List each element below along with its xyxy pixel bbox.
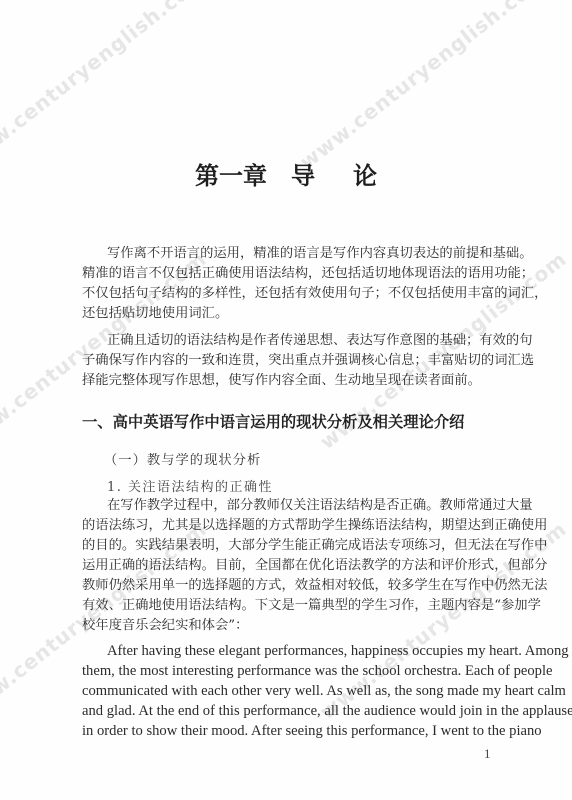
chapter-title-part2: 论 [353,156,377,191]
paragraph-line: 不仅包括句子结构的多样性，还包括有效使用句子；不仅包括使用丰富的词汇， [82,284,488,304]
sample-line: them, the most interesting performance w… [82,661,488,681]
paragraph-line: 正确且适切的语法结构是作者传递思想、表达写作意图的基础；有效的句 [107,331,488,351]
document-page: www.centuryenglish.com www.centuryenglis… [0,0,572,800]
paragraph-line: 校年度音乐会纪实和体会”： [82,616,488,636]
paragraph-line: 在写作教学过程中，部分教师仅关注语法结构是否正确。教师常通过大量 [107,496,488,516]
page-number: 1 [484,746,491,762]
section-heading: 一、高中英语写作中语言运用的现状分析及相关理论介绍 [82,410,464,432]
watermark: www.centuryenglish.com [0,0,211,174]
paragraph-line: 写作离不开语言的运用，精准的语言是写作内容真切表达的前提和基础。 [107,244,488,264]
paragraph-line: 运用正确的语法结构。目前，全国都在优化语法教学的方法和评价形式，但部分 [82,556,488,576]
sample-line: communicated with each other very well. … [82,681,488,701]
chapter-title-part1: 导 [291,156,315,191]
paragraph-line: 子确保写作内容的一致和连贯，突出重点并强调核心信息；丰富贴切的词汇选 [82,351,488,371]
paragraph-line: 择能完整体现写作思想，使写作内容全面、生动地呈现在读者面前。 [82,371,488,391]
paragraph-line: 的目的。实践结果表明，大部分学生能正确完成语法专项练习，但无法在写作中 [82,536,488,556]
sample-line: After having these elegant performances,… [107,641,488,661]
paragraph-line: 精准的语言不仅包括正确使用语法结构，还包括适切地体现语法的语用功能； [82,264,488,284]
sample-line: in order to show their mood. After seein… [82,721,488,741]
paragraph-line: 教师仍然采用单一的选择题的方式，效益相对较低，较多学生在写作中仍然无法 [82,576,488,596]
sample-line: and glad. At the end of this performance… [82,701,488,721]
watermark: www.centuryenglish.com [295,0,551,174]
chapter-title: 第一章导论 [0,156,572,191]
subsubsection-heading: 1. 关注语法结构的正确性 [107,476,273,495]
paragraph-line: 有效、正确地使用语法结构。下文是一篇典型的学生习作，主题内容是“参加学 [82,596,488,616]
chapter-number: 第一章 [195,156,267,191]
subsection-heading: （一）教与学的现状分析 [104,449,261,468]
paragraph-line: 还包括贴切地使用词汇。 [82,304,488,324]
paragraph-line: 的语法练习，尤其是以选择题的方式帮助学生操练语法结构，期望达到正确使用 [82,516,488,536]
